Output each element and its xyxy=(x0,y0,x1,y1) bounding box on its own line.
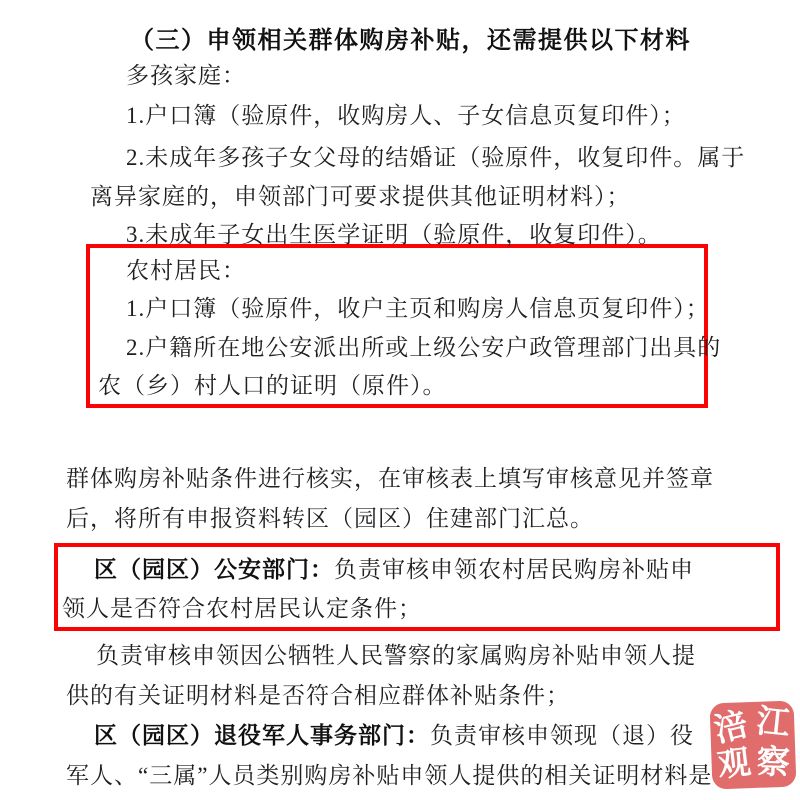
line-text: 领人是否符合农村居民认定条件； xyxy=(62,596,422,621)
line-text: 后，将所有申报资料转区（园区）住建部门汇总。 xyxy=(66,506,594,531)
text-line: 区（园区）公安部门：负责审核申领农村居民购房补贴申 xyxy=(94,556,694,584)
line-text: 多孩家庭： xyxy=(126,63,246,88)
watermark-char: 察 xyxy=(756,747,790,781)
text-line: 农（乡）村人口的证明（原件）。 xyxy=(98,372,447,400)
text-line: 供的有关证明材料是否符合相应群体补贴条件； xyxy=(66,682,570,710)
section-heading: （三）申领相关群体购房补贴，还需提供以下材料 xyxy=(130,20,691,55)
text-line: 负责审核申领因公牺牲人民警察的家属购房补贴申领人提 xyxy=(96,642,696,670)
watermark-char: 观 xyxy=(716,747,753,784)
watermark-char: 涪 xyxy=(711,709,751,749)
text-line: 军人、“三属”人员类别购房补贴申领人提供的相关证明材料是 xyxy=(66,762,712,790)
line-text: 供的有关证明材料是否符合相应群体补贴条件； xyxy=(66,683,570,708)
line-text: 农村居民： xyxy=(126,258,246,283)
line-text: 2.户籍所在地公安派出所或上级公安户政管理部门出具的 xyxy=(126,335,721,360)
text-line: 群体购房补贴条件进行核实，在审核表上填写审核意见并签章 xyxy=(66,465,714,493)
document-page: （三）申领相关群体购房补贴，还需提供以下材料 多孩家庭： 1.户口簿（验原件，收… xyxy=(0,0,800,800)
text-line: 2.户籍所在地公安派出所或上级公安户政管理部门出具的 xyxy=(126,334,721,362)
line-text: 群体购房补贴条件进行核实，在审核表上填写审核意见并签章 xyxy=(66,466,714,491)
line-text: 农（乡）村人口的证明（原件）。 xyxy=(98,373,447,398)
line-text: 1.户口簿（验原件，收购房人、子女信息页复印件）； xyxy=(126,103,686,128)
text-line: 3.未成年子女出生医学证明（验原件，收复印件）。 xyxy=(126,221,662,249)
line-text: 离异家庭的，申领部门可要求提供其他证明材料）； xyxy=(90,184,631,209)
line-text: 1.户口簿（验原件，收户主页和购房人信息页复印件）； xyxy=(126,296,710,321)
line-text: 军人、“三属”人员类别购房补贴申领人提供的相关证明材料是 xyxy=(66,763,712,788)
line-text: 负责审核申领因公牺牲人民警察的家属购房补贴申领人提 xyxy=(96,643,696,668)
text-line: 1.户口簿（验原件，收户主页和购房人信息页复印件）； xyxy=(126,295,710,323)
bold-lead: 区（园区）退役军人事务部门： xyxy=(94,723,430,748)
fujiang-observer-watermark-logo: 涪 江 观 察 xyxy=(710,701,797,790)
line-text: 负责审核申领农村居民购房补贴申 xyxy=(334,557,694,582)
text-line: 2.未成年多孩子女父母的结婚证（验原件，收复印件。属于 xyxy=(126,144,745,172)
text-line: 领人是否符合农村居民认定条件； xyxy=(62,595,422,623)
text-line: 农村居民： xyxy=(126,257,246,285)
watermark-char: 江 xyxy=(755,706,791,742)
text-line: 后，将所有申报资料转区（园区）住建部门汇总。 xyxy=(66,505,594,533)
text-line: 1.户口簿（验原件，收购房人、子女信息页复印件）； xyxy=(126,102,686,130)
line-text: 负责审核申领现（退）役 xyxy=(430,723,694,748)
bold-lead: 区（园区）公安部门： xyxy=(94,557,334,582)
text-line: 多孩家庭： xyxy=(126,62,246,90)
line-text: 3.未成年子女出生医学证明（验原件，收复印件）。 xyxy=(126,222,662,247)
line-text: 2.未成年多孩子女父母的结婚证（验原件，收复印件。属于 xyxy=(126,145,745,170)
text-line: 离异家庭的，申领部门可要求提供其他证明材料）； xyxy=(90,183,631,211)
text-line: 区（园区）退役军人事务部门：负责审核申领现（退）役 xyxy=(94,722,694,750)
